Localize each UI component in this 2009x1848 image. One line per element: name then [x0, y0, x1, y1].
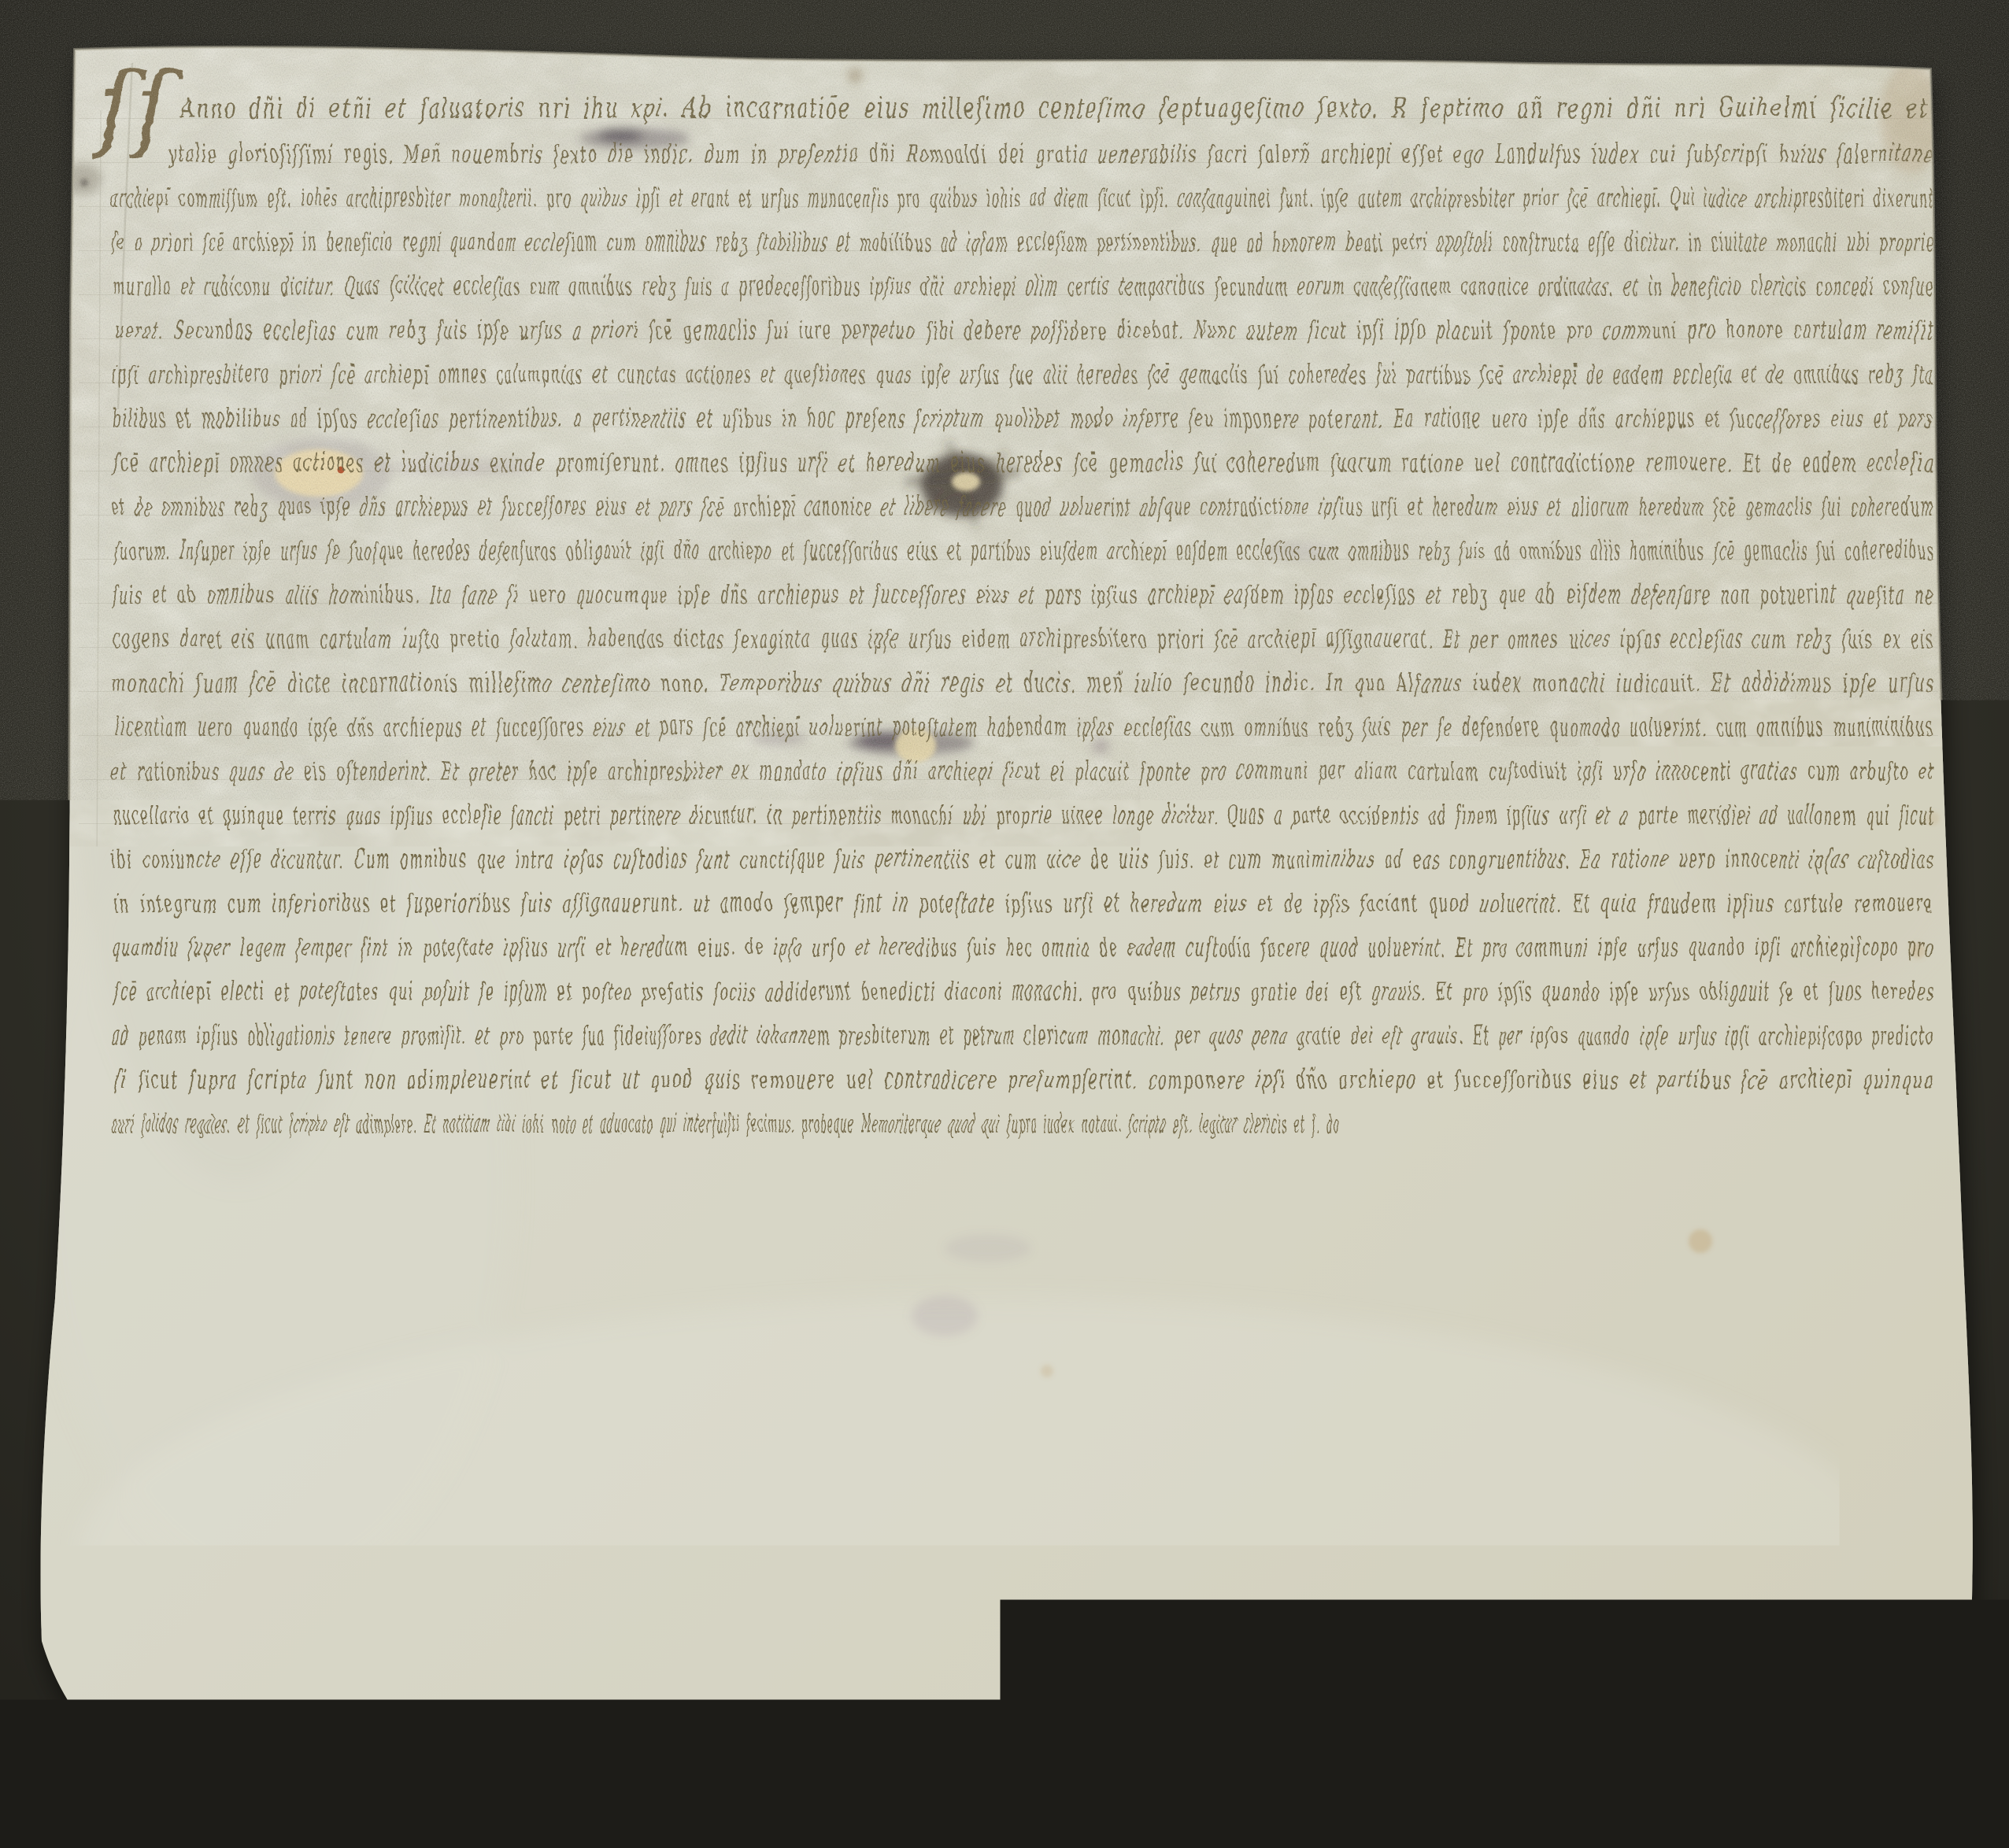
film-grain-dark	[0, 0, 2009, 1848]
manuscript-photo: ſſ Anno dñi di etñi et ſaluatoris nri ih…	[0, 0, 2009, 1848]
charter-photograph: ſſ Anno dñi di etñi et ſaluatoris nri ih…	[0, 0, 2009, 1848]
